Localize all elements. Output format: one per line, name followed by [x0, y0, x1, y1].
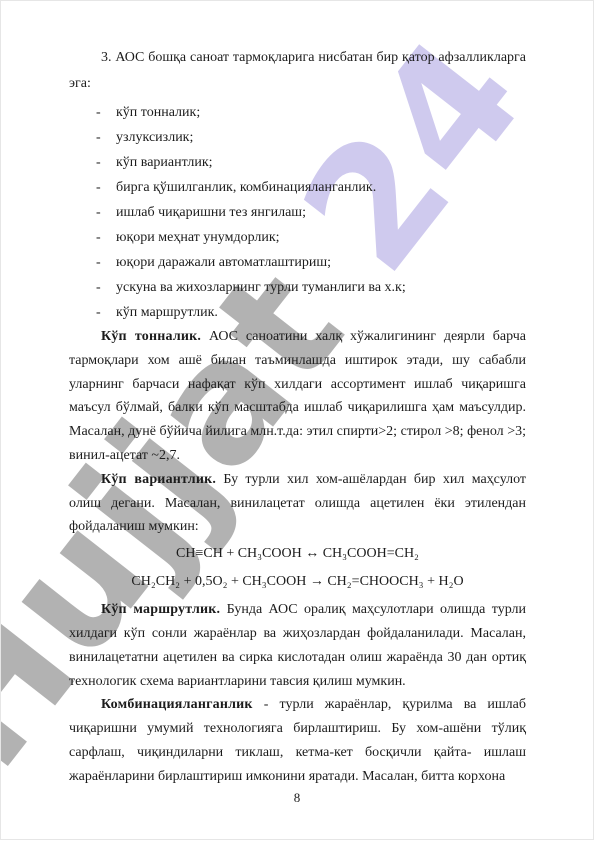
list-item: ишлаб чиқаришни тез янгилаш;	[69, 200, 526, 225]
paragraph-lead: Кўп маршрутлик.	[101, 602, 220, 617]
formula-acetylene-route: CH≡CH + CH₃COOH ↔ CH₃COOH=CH₂	[69, 540, 526, 568]
list-item: бирга қўшилганлик, комбинацияланганлик.	[69, 175, 526, 200]
chemical-formulas: CH≡CH + CH₃COOH ↔ CH₃COOH=CH₂ CH₂CH₂ + 0…	[69, 539, 526, 598]
paragraph-body: АОС саноатини халқ хўжалигининг деярли б…	[69, 329, 526, 463]
paragraph-kup-variantlik: Кўп вариантлик. Бу турли хил хом-ашёлард…	[69, 468, 526, 539]
list-item: узлуксизлик;	[69, 125, 526, 150]
list-item: кўп вариантлик;	[69, 150, 526, 175]
paragraph-lead: Кўп тонналик.	[101, 329, 201, 344]
paragraph-lead: Комбинацияланганлик	[101, 697, 253, 712]
list-item: юқори даражали автоматлаштириш;	[69, 250, 526, 275]
paragraph-kup-tonnalik: Кўп тонналик. АОС саноатини халқ хўжалиг…	[69, 325, 526, 468]
advantages-list: кўп тонналик; узлуксизлик; кўп вариантли…	[69, 100, 526, 325]
list-item: юқори меҳнат унумдорлик;	[69, 225, 526, 250]
section-heading: 3. АОС бошқа саноат тармоқларига нисбата…	[69, 45, 526, 97]
page-number: 8	[1, 790, 593, 806]
list-item: кўп маршрутлик.	[69, 300, 526, 325]
page-content: 3. АОС бошқа саноат тармоқларига нисбата…	[1, 1, 593, 789]
paragraph-lead: Кўп вариантлик.	[101, 472, 216, 487]
list-item: ускуна ва жихозларнинг турли туманлиги в…	[69, 275, 526, 300]
formula-ethylene-route: CH₂CH₂ + 0,5O₂ + CH₃COOH → CH₂=CHOOCH₃ +…	[69, 568, 526, 596]
document-page: Hujjat 24 3. АОС бошқа саноат тармоқлари…	[0, 0, 594, 840]
paragraph-kup-marshrutlik: Кўп маршрутлик. Бунда АОС оралиқ маҳсуло…	[69, 598, 526, 693]
list-item: кўп тонналик;	[69, 100, 526, 125]
paragraph-kombinatsiyalanganlik: Комбинацияланганлик - турли жараёнлар, қ…	[69, 693, 526, 788]
